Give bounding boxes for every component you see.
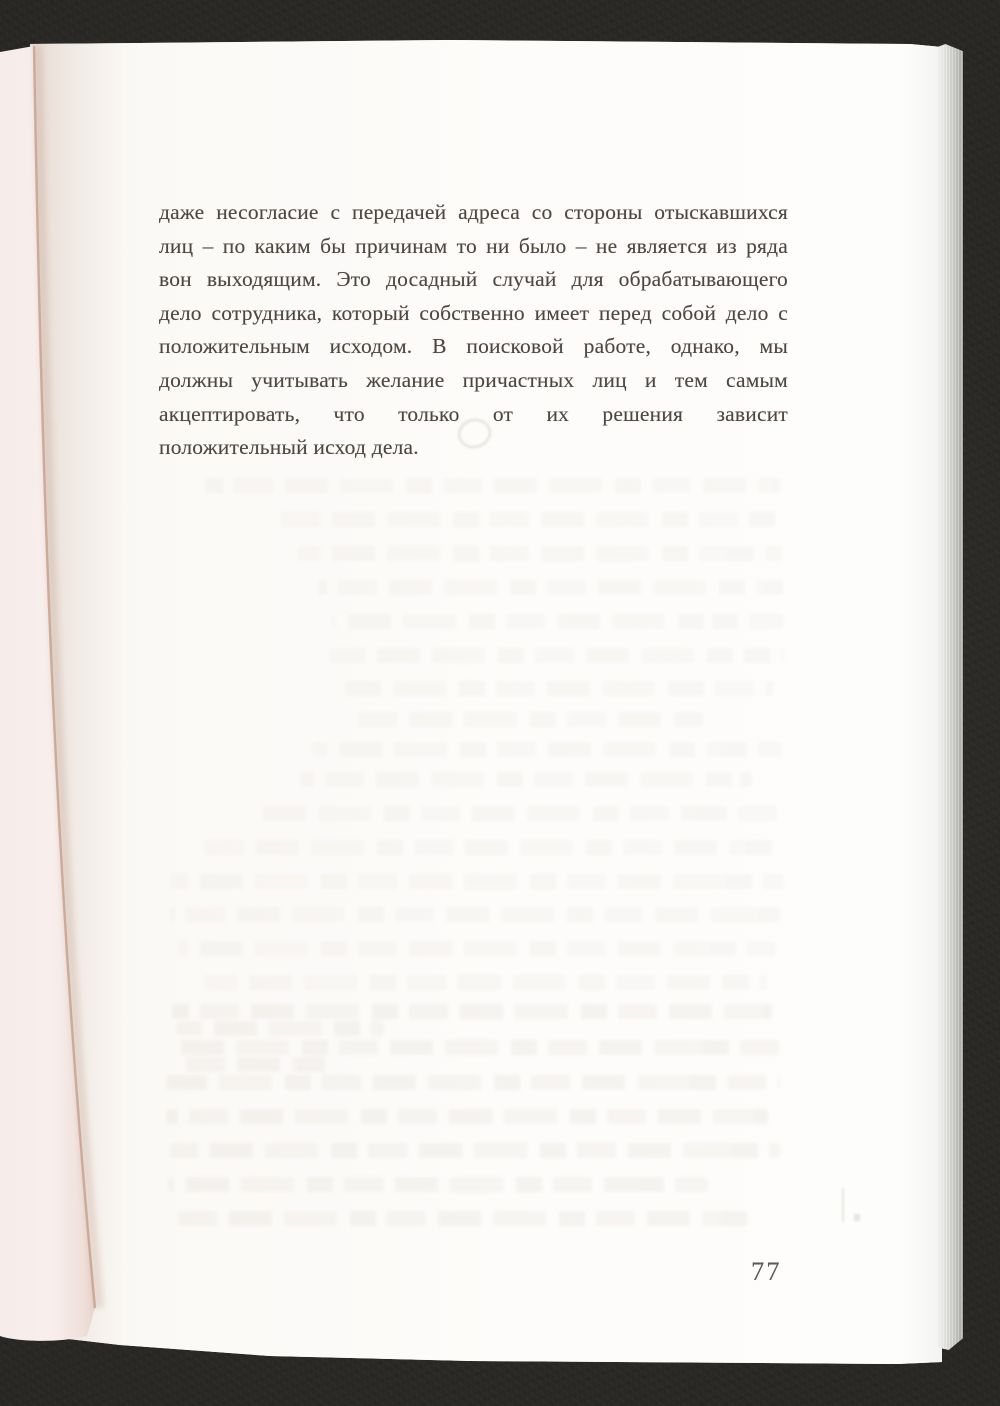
paragraph-line: лиц – по каким бы причинам то ни было – … [159, 230, 788, 264]
page-number: 77 [751, 1256, 782, 1287]
paragraph-line: дело сотрудника, который собственно имее… [159, 297, 788, 331]
page-fore-edge [937, 44, 963, 1350]
book-photo: даже несогласие с передачей адреса со ст… [0, 0, 1000, 1406]
paragraph-line: вон выходящим. Это досадный случай для о… [159, 263, 788, 297]
paragraph-line: даже несогласие с передачей адреса со ст… [159, 196, 788, 230]
paragraph-line: должны учитывать желание причастных лиц … [159, 364, 788, 398]
show-through-mark [840, 1188, 862, 1230]
book-spine-pages [0, 44, 130, 1346]
paragraph-line: положительным исходом. В поисковой работ… [159, 330, 788, 364]
